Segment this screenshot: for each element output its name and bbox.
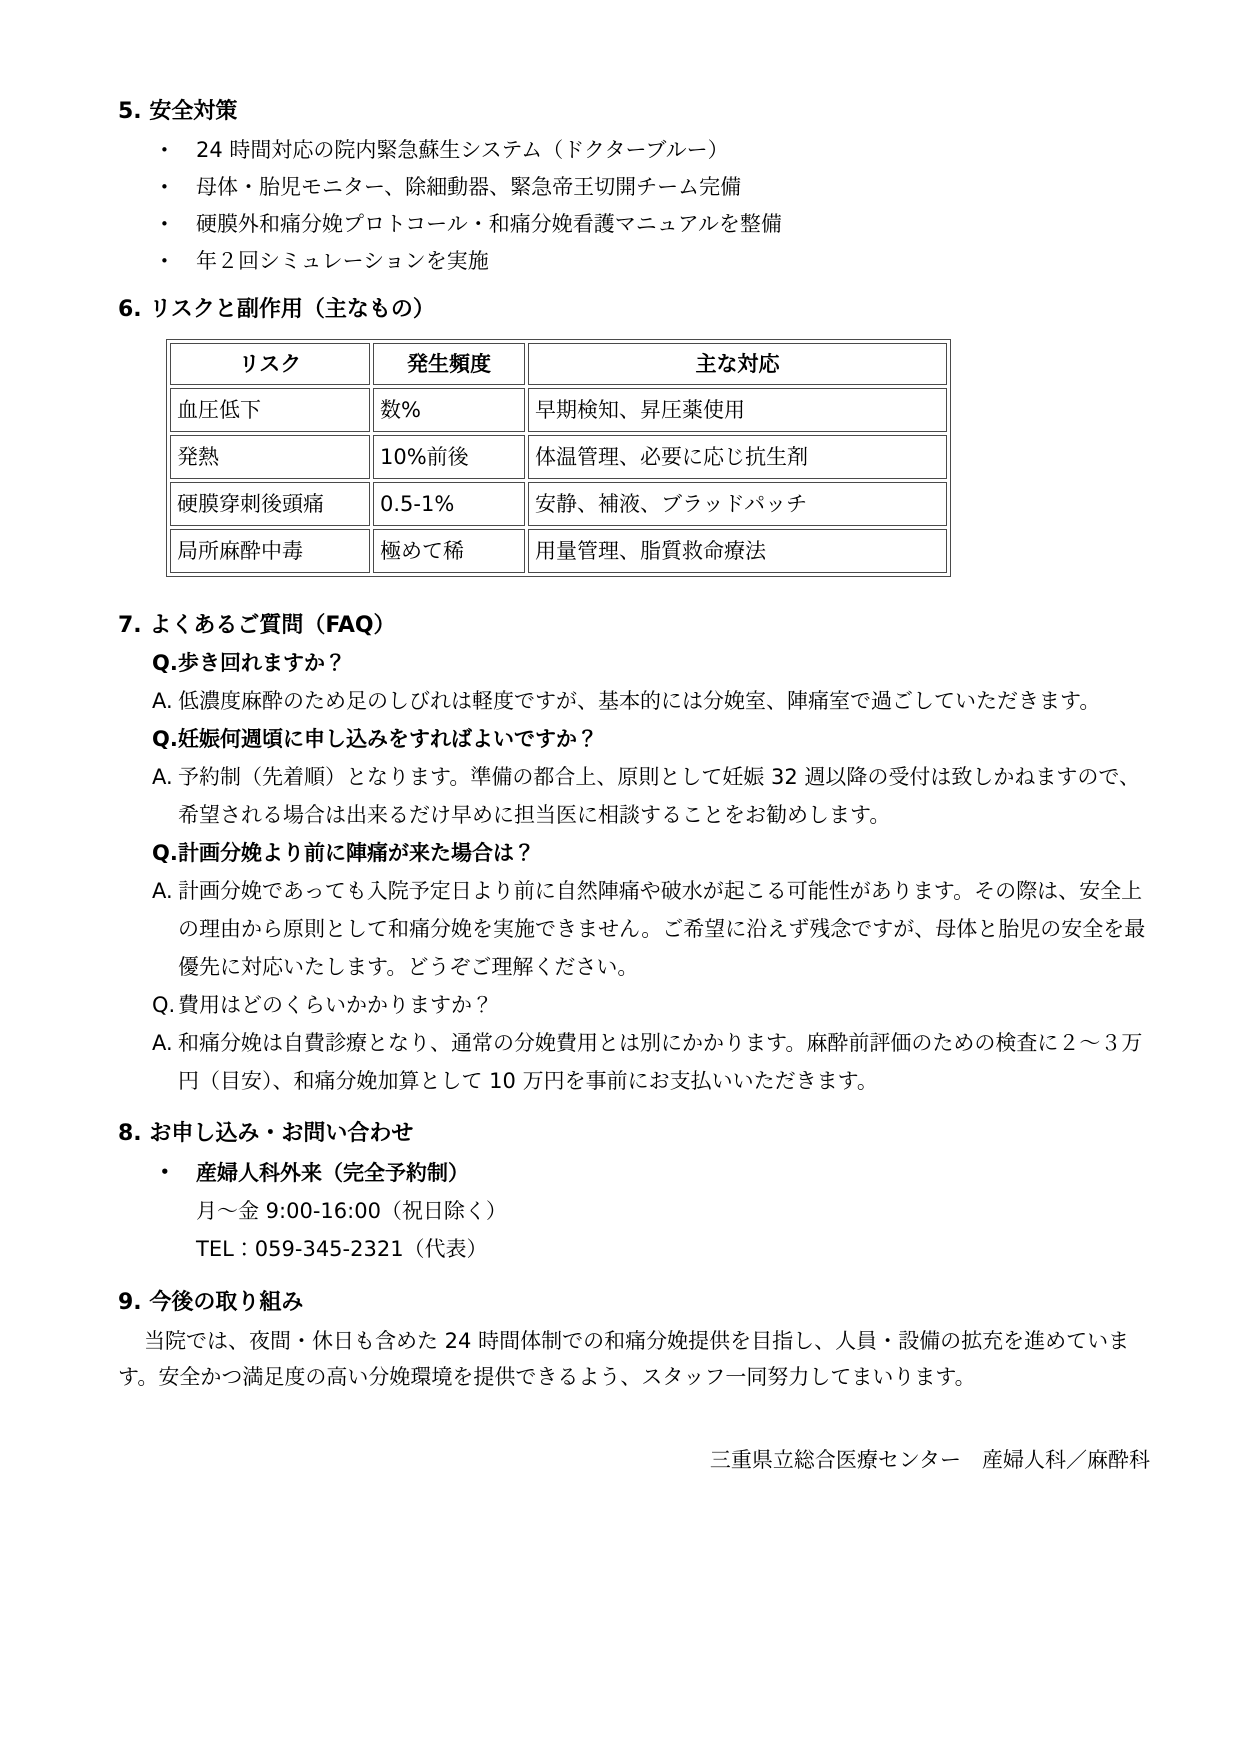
faq-question-marker: Q. (152, 986, 178, 1024)
safety-bullet-text: 硬膜外和痛分娩プロトコール・和痛分娩看護マニュアルを整備 (196, 206, 1150, 243)
risk-cell: 血圧低下 (170, 388, 370, 432)
faq-question-marker: Q. (152, 644, 178, 682)
risk-cell: 局所麻酔中毒 (170, 529, 370, 573)
section-6-heading: 6. リスクと副作用（主なもの） (118, 292, 1150, 328)
safety-bullet-item: • 硬膜外和痛分娩プロトコール・和痛分娩看護マニュアルを整備 (118, 206, 1150, 243)
bullet-icon: • (160, 1154, 196, 1192)
faq-question: Q. 妊娠何週頃に申し込みをすればよいですか？ (152, 720, 1150, 758)
frequency-cell: 0.5-1% (373, 482, 525, 526)
clinic-bullet-item: • 産婦人科外来（完全予約制） (118, 1154, 1150, 1192)
frequency-cell: 極めて稀 (373, 529, 525, 573)
faq-answer: A. 低濃度麻酔のため足のしびれは軽度ですが、基本的には分娩室、陣痛室で過ごして… (152, 682, 1150, 720)
faq-question: Q. 費用はどのくらいかかりますか？ (152, 986, 1150, 1024)
faq-answer: A. 和痛分娩は自費診療となり、通常の分娩費用とは別にかかります。麻酔前評価のた… (152, 1024, 1150, 1100)
clinic-tel: TEL：059-345-2321（代表） (196, 1230, 1150, 1268)
clinic-bullet-text: 産婦人科外来（完全予約制） (196, 1154, 1150, 1192)
faq-question: Q. 歩き回れますか？ (152, 644, 1150, 682)
faq-question-text: 妊娠何週頃に申し込みをすればよいですか？ (178, 720, 1150, 758)
safety-bullet-text: 24 時間対応の院内緊急蘇生システム（ドクターブルー） (196, 132, 1150, 169)
section-7-heading: 7. よくあるご質問（FAQ） (118, 608, 1150, 644)
faq-question: Q. 計画分娩より前に陣痛が来た場合は？ (152, 834, 1150, 872)
faq-answer-text: 予約制（先着順）となります。準備の都合上、原則として妊娠 32 週以降の受付は致… (178, 758, 1150, 834)
bullet-icon: • (160, 169, 196, 206)
section-9-heading: 9. 今後の取り組み (118, 1285, 1150, 1321)
safety-bullet-item: • 年２回シミュレーションを実施 (118, 243, 1150, 280)
bullet-icon: • (160, 243, 196, 280)
faq-answer-marker: A. (152, 1024, 178, 1100)
safety-bullet-item: • 母体・胎児モニター、除細動器、緊急帝王切開チーム完備 (118, 169, 1150, 206)
footer-signature: 三重県立総合医療センター 産婦人科／麻酔科 (118, 1442, 1150, 1478)
frequency-cell: 10%前後 (373, 435, 525, 479)
faq-list: Q. 歩き回れますか？ A. 低濃度麻酔のため足のしびれは軽度ですが、基本的には… (152, 644, 1150, 1100)
faq-question-text: 計画分娩より前に陣痛が来た場合は？ (178, 834, 1150, 872)
faq-answer-marker: A. (152, 758, 178, 834)
table-row: 局所麻酔中毒 極めて稀 用量管理、脂質救命療法 (170, 529, 947, 573)
faq-answer-text: 低濃度麻酔のため足のしびれは軽度ですが、基本的には分娩室、陣痛室で過ごしていただ… (178, 682, 1150, 720)
response-cell: 体温管理、必要に応じ抗生剤 (528, 435, 947, 479)
risk-table: リスク 発生頻度 主な対応 血圧低下 数% 早期検知、昇圧薬使用 発熱 10%前… (166, 339, 951, 577)
table-row: 発熱 10%前後 体温管理、必要に応じ抗生剤 (170, 435, 947, 479)
document-page: 5. 安全対策 • 24 時間対応の院内緊急蘇生システム（ドクターブルー） • … (0, 0, 1241, 1755)
bullet-icon: • (160, 206, 196, 243)
clinic-hours: 月～金 9:00-16:00（祝日除く） (196, 1192, 1150, 1230)
risk-cell: 発熱 (170, 435, 370, 479)
risk-cell: 硬膜穿刺後頭痛 (170, 482, 370, 526)
response-cell: 早期検知、昇圧薬使用 (528, 388, 947, 432)
safety-bullet-list: • 24 時間対応の院内緊急蘇生システム（ドクターブルー） • 母体・胎児モニタ… (118, 132, 1150, 280)
section-8-heading: 8. お申し込み・お問い合わせ (118, 1116, 1150, 1152)
safety-bullet-text: 母体・胎児モニター、除細動器、緊急帝王切開チーム完備 (196, 169, 1150, 206)
safety-bullet-item: • 24 時間対応の院内緊急蘇生システム（ドクターブルー） (118, 132, 1150, 169)
response-cell: 用量管理、脂質救命療法 (528, 529, 947, 573)
faq-question-marker: Q. (152, 834, 178, 872)
faq-answer-marker: A. (152, 872, 178, 986)
bullet-icon: • (160, 132, 196, 169)
safety-bullet-text: 年２回シミュレーションを実施 (196, 243, 1150, 280)
faq-answer-text: 和痛分娩は自費診療となり、通常の分娩費用とは別にかかります。麻酔前評価のための検… (178, 1024, 1150, 1100)
risk-table-header-risk: リスク (170, 343, 370, 385)
faq-question-text: 歩き回れますか？ (178, 644, 1150, 682)
table-row: 血圧低下 数% 早期検知、昇圧薬使用 (170, 388, 947, 432)
table-row: 硬膜穿刺後頭痛 0.5-1% 安静、補液、ブラッドパッチ (170, 482, 947, 526)
risk-table-header-row: リスク 発生頻度 主な対応 (170, 343, 947, 385)
faq-question-text: 費用はどのくらいかかりますか？ (178, 986, 1150, 1024)
faq-question-marker: Q. (152, 720, 178, 758)
risk-table-header-frequency: 発生頻度 (373, 343, 525, 385)
faq-answer: A. 予約制（先着順）となります。準備の都合上、原則として妊娠 32 週以降の受… (152, 758, 1150, 834)
response-cell: 安静、補液、ブラッドパッチ (528, 482, 947, 526)
risk-table-header-response: 主な対応 (528, 343, 947, 385)
faq-answer: A. 計画分娩であっても入院予定日より前に自然陣痛や破水が起こる可能性があります… (152, 872, 1150, 986)
faq-answer-marker: A. (152, 682, 178, 720)
section-5-heading: 5. 安全対策 (118, 94, 1150, 130)
faq-answer-text: 計画分娩であっても入院予定日より前に自然陣痛や破水が起こる可能性があります。その… (178, 872, 1150, 986)
frequency-cell: 数% (373, 388, 525, 432)
future-paragraph: 当院では、夜間・休日も含めた 24 時間体制での和痛分娩提供を目指し、人員・設備… (118, 1323, 1150, 1395)
